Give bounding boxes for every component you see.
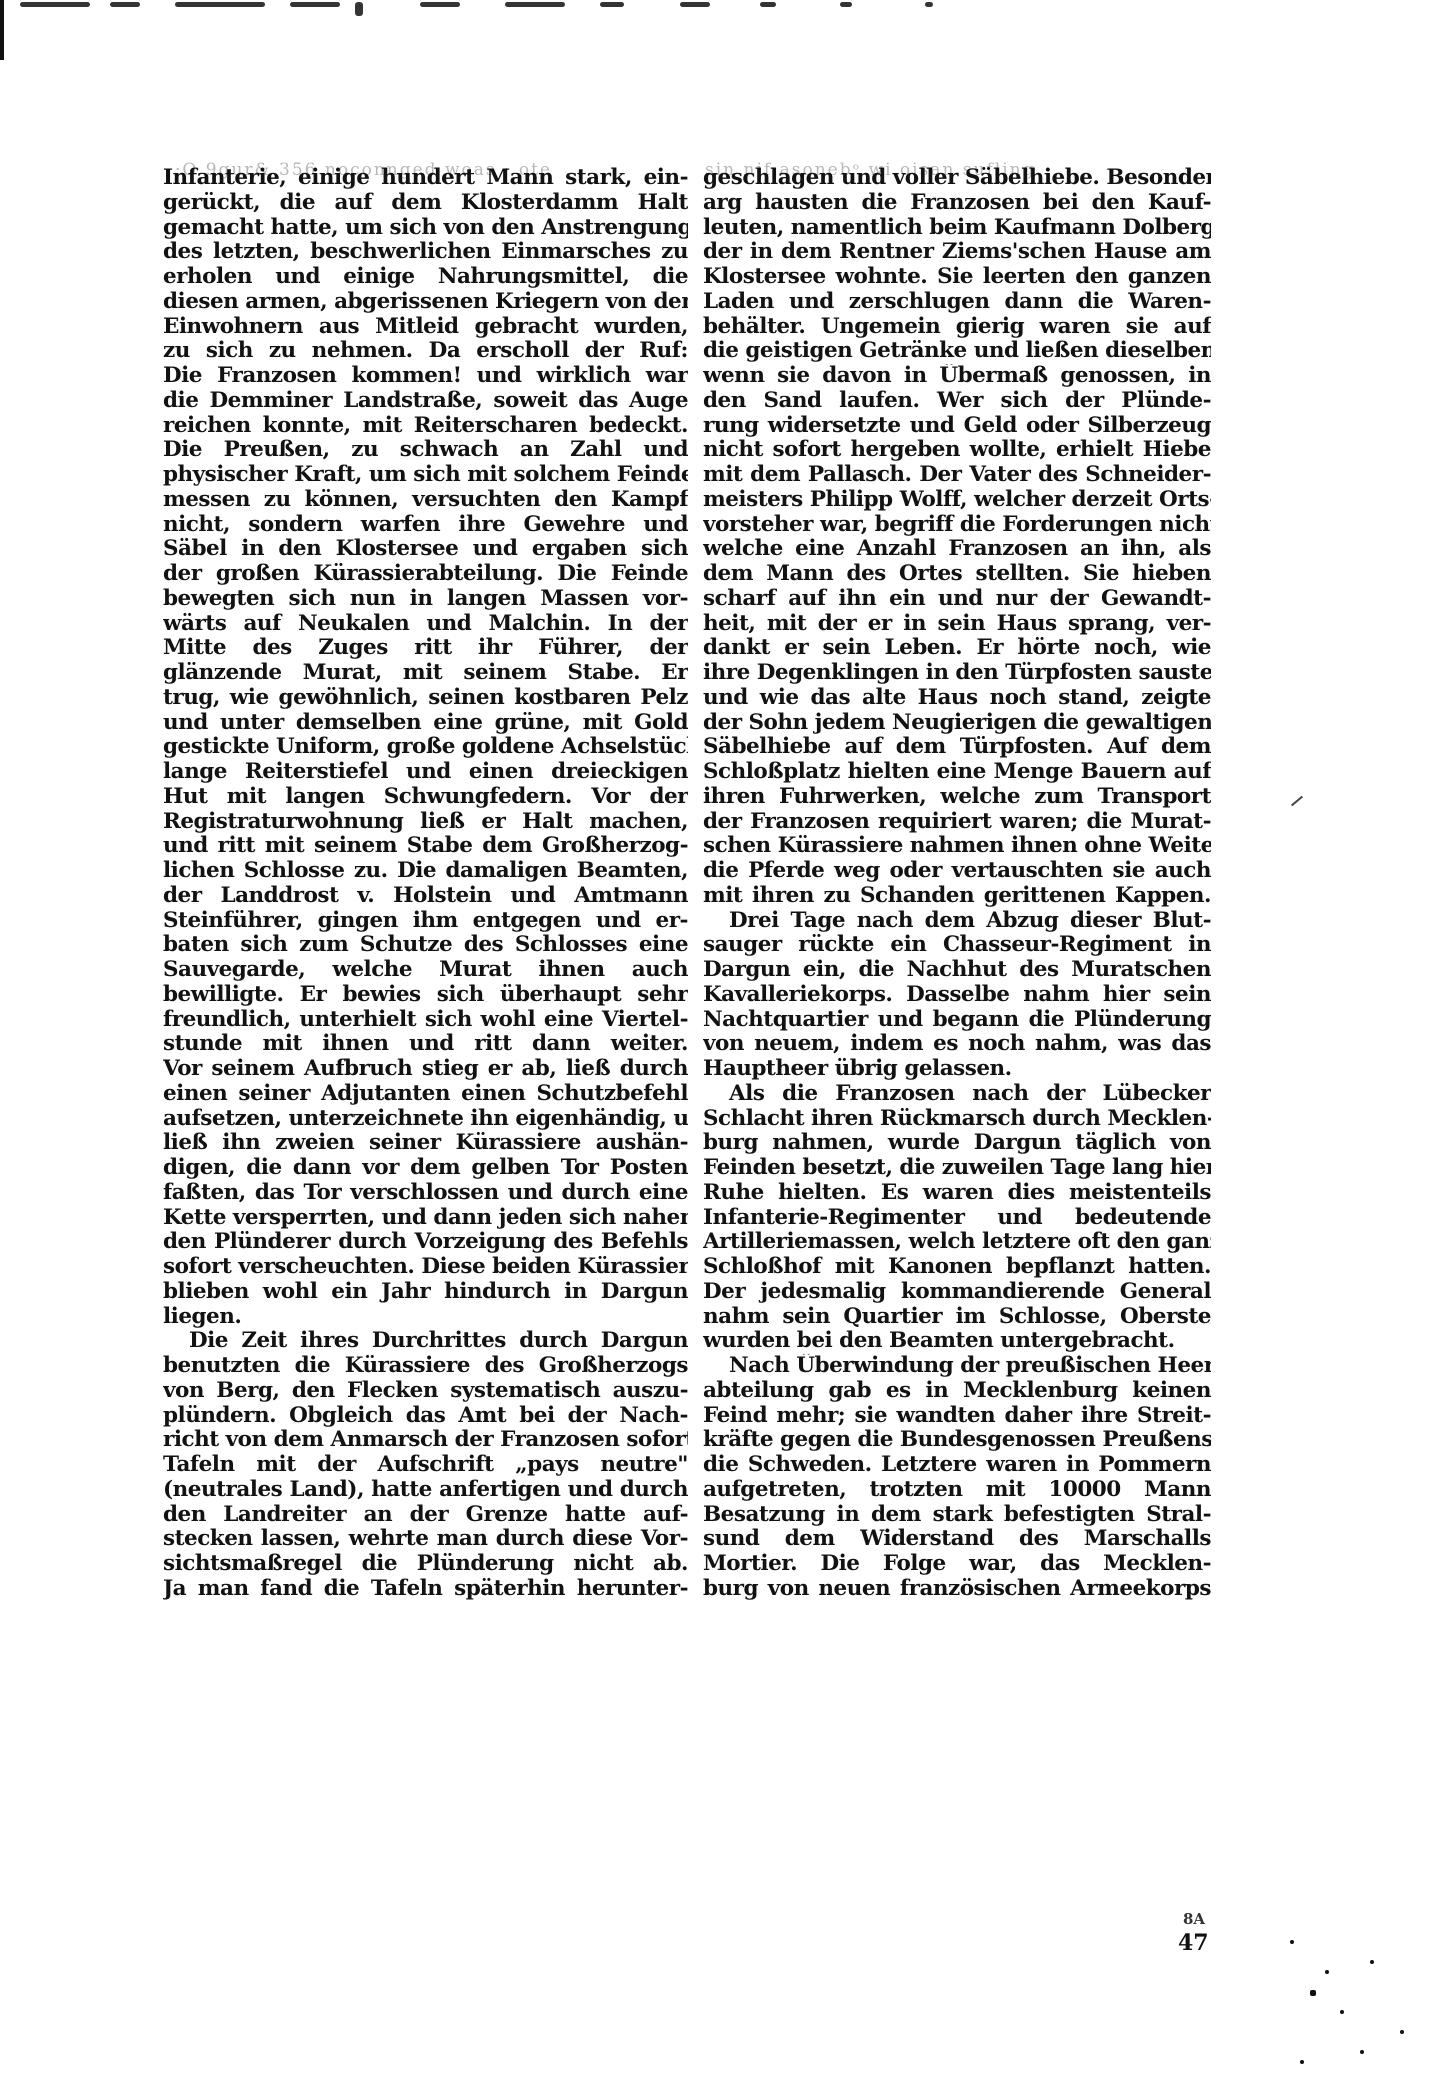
text-line: von Berg, den Flecken systematisch auszu… <box>163 1379 688 1404</box>
text-line: ließ ihn zweien seiner Kürassiere aushän… <box>163 1131 688 1156</box>
text-line: die Demminer Landstraße, soweit das Auge <box>163 389 688 414</box>
text-line: ihren Fuhrwerken, welche zum Transport <box>703 785 1211 810</box>
text-line: welche eine Anzahl Franzosen an ihn, als <box>703 537 1211 562</box>
text-line: messen zu können, versuchten den Kampf <box>163 488 688 513</box>
text-line: sund dem Widerstand des Marschalls <box>703 1527 1211 1552</box>
text-line: Die Zeit ihres Durchrittes durch Dargun <box>163 1329 688 1354</box>
text-line: Die Franzosen kommen! und wirklich war <box>163 364 688 389</box>
text-line: wärts auf Neukalen und Malchin. In der <box>163 612 688 637</box>
text-line: der großen Kürassierabteilung. Die Feind… <box>163 562 688 587</box>
text-line: freundlich, unterhielt sich wohl eine Vi… <box>163 1008 688 1033</box>
page-number: 47 <box>1178 1930 1209 1956</box>
text-line: wurden bei den Beamten untergebracht. <box>703 1329 1211 1354</box>
text-line: von neuem, indem es noch nahm, was das <box>703 1032 1211 1057</box>
text-line: (neutrales Land), hatte anfertigen und d… <box>163 1478 688 1503</box>
text-line: Einwohnern aus Mitleid gebracht wurden, <box>163 315 688 340</box>
text-line: benutzten die Kürassiere des Großherzogs <box>163 1354 688 1379</box>
text-line: Mortier. Die Folge war, das Mecklen- <box>703 1552 1211 1577</box>
text-line: glänzende Murat, mit seinem Stabe. Er <box>163 661 688 686</box>
text-line: scharf auf ihn ein und nur der Gewandt- <box>703 587 1211 612</box>
text-line: vorsteher war, begriff die Forderungen n… <box>703 513 1211 538</box>
text-line: mit ihren zu Schanden gerittenen Kappen. <box>703 884 1211 909</box>
text-line: Schlacht ihren Rückmarsch durch Mecklen- <box>703 1107 1211 1132</box>
text-line: Steinführer, gingen ihm entgegen und er- <box>163 909 688 934</box>
text-line: Die Preußen, zu schwach an Zahl und <box>163 438 688 463</box>
text-line: den Landreiter an der Grenze hatte auf- <box>163 1503 688 1528</box>
text-line: leuten, namentlich beim Kaufmann Dolberg… <box>703 216 1211 241</box>
text-line: burg nahmen, wurde Dargun täglich von <box>703 1131 1211 1156</box>
text-line: gerückt, die auf dem Klosterdamm Halt <box>163 191 688 216</box>
text-line: aufgetreten, trotzten mit 10000 Mann <box>703 1478 1211 1503</box>
text-line: des letzten, beschwerlichen Einmarsches … <box>163 240 688 265</box>
text-line: der Landdrost v. Holstein und Amtmann <box>163 884 688 909</box>
text-line: den Sand laufen. Wer sich der Plünde- <box>703 389 1211 414</box>
text-line: digen, die dann vor dem gelben Tor Poste… <box>163 1156 688 1181</box>
top-ink-bleed <box>0 0 1435 18</box>
text-line: wenn sie davon in Übermaß genossen, in <box>703 364 1211 389</box>
text-line: Ja man fand die Tafeln späterhin herunte… <box>163 1577 688 1602</box>
text-line: schen Kürassiere nahmen ihnen ohne Weite… <box>703 834 1211 859</box>
text-line: sichtsmaßregel die Plünderung nicht ab. <box>163 1552 688 1577</box>
text-line: Kavalleriekorps. Dasselbe nahm hier sein <box>703 983 1211 1008</box>
text-line: dem Mann des Ortes stellten. Sie hieben <box>703 562 1211 587</box>
text-line: Schloßplatz hielten eine Menge Bauern au… <box>703 760 1211 785</box>
text-line: Nach Überwindung der preußischen Heeres- <box>703 1354 1211 1379</box>
text-line: blieben wohl ein Jahr hindurch in Dargun <box>163 1280 688 1305</box>
text-line: zu sich zu nehmen. Da erscholl der Ruf: <box>163 339 688 364</box>
text-line: lichen Schlosse zu. Die damaligen Beamte… <box>163 859 688 884</box>
text-line: rung widersetzte und Geld oder Silberzeu… <box>703 414 1211 439</box>
text-line: der in dem Rentner Ziems'schen Hause am <box>703 240 1211 265</box>
text-line: richt von dem Anmarsch der Franzosen sof… <box>163 1428 688 1453</box>
text-line: nicht sofort hergeben wollte, erhielt Hi… <box>703 438 1211 463</box>
text-line: kräfte gegen die Bundesgenossen Preußens… <box>703 1428 1211 1453</box>
text-line: bewegten sich nun in langen Massen vor- <box>163 587 688 612</box>
text-line: Als die Franzosen nach der Lübecker <box>703 1082 1211 1107</box>
text-line: faßten, das Tor verschlossen und durch e… <box>163 1181 688 1206</box>
text-line: die Pferde weg oder vertauschten sie auc… <box>703 859 1211 884</box>
text-line: Der jedesmalig kommandierende General <box>703 1280 1211 1305</box>
text-line: dankt er sein Leben. Er hörte noch, wie <box>703 636 1211 661</box>
text-line: stecken lassen, wehrte man durch diese V… <box>163 1527 688 1552</box>
text-line: Besatzung in dem stark befestigten Stral… <box>703 1503 1211 1528</box>
text-line: aufsetzen, unterzeichnete ihn eigenhändi… <box>163 1107 688 1132</box>
scanned-page: ·O 9gur& 356 noconnged woas · ote sin ni… <box>0 0 1435 2095</box>
text-line: Feind mehr; sie wandten daher ihre Strei… <box>703 1404 1211 1429</box>
text-line: Infanterie-Regimenter und bedeutende <box>703 1206 1211 1231</box>
text-line: liegen. <box>163 1305 688 1330</box>
text-line: einen seiner Adjutanten einen Schutzbefe… <box>163 1082 688 1107</box>
text-line: Laden und zerschlugen dann die Waren- <box>703 290 1211 315</box>
text-line: ihre Degenklingen in den Türpfosten saus… <box>703 661 1211 686</box>
text-line: Drei Tage nach dem Abzug dieser Blut- <box>703 909 1211 934</box>
text-line: stunde mit ihnen und ritt dann weiter. <box>163 1032 688 1057</box>
text-line: heit, mit der er in sein Haus sprang, ve… <box>703 612 1211 637</box>
text-line: der Franzosen requiriert waren; die Mura… <box>703 810 1211 835</box>
text-line: trug, wie gewöhnlich, seinen kostbaren P… <box>163 686 688 711</box>
text-line: Nachtquartier und begann die Plünderung <box>703 1008 1211 1033</box>
text-line: Säbelhiebe auf dem Türpfosten. Auf dem <box>703 735 1211 760</box>
text-line: Dargun ein, die Nachhut des Muratschen <box>703 958 1211 983</box>
text-line: gemacht hatte, um sich von den Anstrengu… <box>163 216 688 241</box>
stray-pen-mark <box>1291 796 1303 807</box>
text-line: Klostersee wohnte. Sie leerten den ganze… <box>703 265 1211 290</box>
text-line: Infanterie, einige hundert Mann stark, e… <box>163 166 688 191</box>
text-line: bewilligte. Er bewies sich überhaupt seh… <box>163 983 688 1008</box>
text-line: sofort verscheuchten. Diese beiden Küras… <box>163 1255 688 1280</box>
text-line: Registraturwohnung ließ er Halt machen, <box>163 810 688 835</box>
text-line: Vor seinem Aufbruch stieg er ab, ließ du… <box>163 1057 688 1082</box>
text-line: diesen armen, abgerissenen Kriegern von … <box>163 290 688 315</box>
text-line: die Schweden. Letztere waren in Pommern <box>703 1453 1211 1478</box>
text-line: lange Reiterstiefel und einen dreieckige… <box>163 760 688 785</box>
text-line: Hauptheer übrig gelassen. <box>703 1057 1211 1082</box>
scan-noise-specks <box>1280 1900 1430 2090</box>
text-line: Schloßhof mit Kanonen bepflanzt hatten. <box>703 1255 1211 1280</box>
left-text-column: Infanterie, einige hundert Mann stark, e… <box>163 166 688 1602</box>
text-line: geschlagen und voller Säbelhiebe. Besond… <box>703 166 1211 191</box>
text-line: Hut mit langen Schwungfedern. Vor der <box>163 785 688 810</box>
text-line: und unter demselben eine grüne, mit Gold <box>163 711 688 736</box>
text-line: burg von neuen französischen Armeekorps <box>703 1577 1211 1602</box>
text-line: Tafeln mit der Aufschrift „pays neutre" <box>163 1453 688 1478</box>
text-line: meisters Philipp Wolff, welcher derzeit … <box>703 488 1211 513</box>
text-line: mit dem Pallasch. Der Vater des Schneide… <box>703 463 1211 488</box>
text-line: der Sohn jedem Neugierigen die gewaltige… <box>703 711 1211 736</box>
text-line: abteilung gab es in Mecklenburg keinen <box>703 1379 1211 1404</box>
text-line: reichen konnte, mit Reiterscharen bedeck… <box>163 414 688 439</box>
text-line: Mitte des Zuges ritt ihr Führer, der <box>163 636 688 661</box>
text-line: Feinden besetzt, die zuweilen Tage lang … <box>703 1156 1211 1181</box>
text-line: erholen und einige Nahrungsmittel, die <box>163 265 688 290</box>
text-line: sauger rückte ein Chasseur-Regiment in <box>703 933 1211 958</box>
text-line: Artilleriemassen, welch letztere oft den… <box>703 1230 1211 1255</box>
right-text-column: geschlagen und voller Säbelhiebe. Besond… <box>703 166 1211 1602</box>
text-line: und ritt mit seinem Stabe dem Großherzog… <box>163 834 688 859</box>
text-line: Kette versperrten, und dann jeden sich n… <box>163 1206 688 1231</box>
text-line: arg hausten die Franzosen bei den Kauf- <box>703 191 1211 216</box>
text-line: Sauvegarde, welche Murat ihnen auch <box>163 958 688 983</box>
text-line: die geistigen Getränke und ließen diesel… <box>703 339 1211 364</box>
text-line: baten sich zum Schutze des Schlosses ein… <box>163 933 688 958</box>
text-line: nicht, sondern warfen ihre Gewehre und <box>163 513 688 538</box>
text-line: physischer Kraft, um sich mit solchem Fe… <box>163 463 688 488</box>
page-mark: 8A <box>1183 1910 1205 1928</box>
text-line: behälter. Ungemein gierig waren sie auf <box>703 315 1211 340</box>
text-line: nahm sein Quartier im Schlosse, Oberste <box>703 1305 1211 1330</box>
text-line: und wie das alte Haus noch stand, zeigte <box>703 686 1211 711</box>
text-line: Ruhe hielten. Es waren dies meistenteils <box>703 1181 1211 1206</box>
text-line: plündern. Obgleich das Amt bei der Nach- <box>163 1404 688 1429</box>
text-line: den Plünderer durch Vorzeigung des Befeh… <box>163 1230 688 1255</box>
text-line: gestickte Uniform, große goldene Achsels… <box>163 735 688 760</box>
text-line: Säbel in den Klostersee und ergaben sich <box>163 537 688 562</box>
